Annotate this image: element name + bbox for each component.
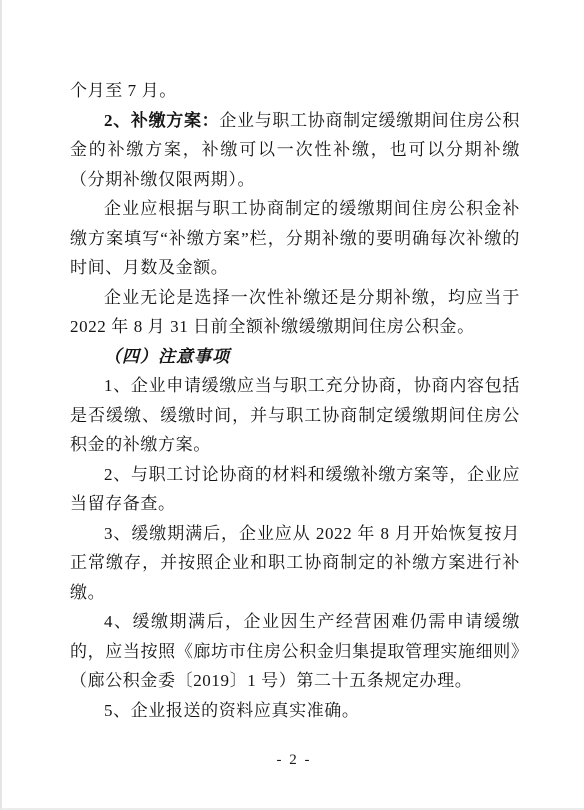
paragraph-plan-fill-instructions: 企业应根据与职工协商制定的缓缴期间住房公积金补缴方案填写“补缴方案”栏，分期补缴…	[70, 194, 520, 283]
note-item-3: 3、缓缴期满后，企业应从 2022 年 8 月开始恢复按月正常缴存，并按照企业和…	[70, 519, 520, 608]
section-heading-notes: （四）注意事项	[70, 342, 520, 372]
paragraph-continuation: 个月至 7 月。	[70, 76, 520, 106]
paragraph-repayment-plan: 2、补缴方案：企业与职工协商制定缓缴期间住房公积金的补缴方案，补缴可以一次性补缴…	[70, 106, 520, 195]
note-item-5: 5、企业报送的资料应真实准确。	[70, 696, 520, 726]
paragraph-bold-lead: 2、补缴方案：	[104, 111, 219, 130]
page-number: - 2 -	[2, 752, 584, 769]
document-page: 个月至 7 月。 2、补缴方案：企业与职工协商制定缓缴期间住房公积金的补缴方案，…	[0, 0, 584, 810]
document-body: 个月至 7 月。 2、补缴方案：企业与职工协商制定缓缴期间住房公积金的补缴方案，…	[70, 76, 520, 725]
note-item-1: 1、企业申请缓缴应当与职工充分协商，协商内容包括是否缓缴、缓缴时间，并与职工协商…	[70, 371, 520, 460]
note-item-4: 4、缓缴期满后，企业因生产经营困难仍需申请缓缴的，应当按照《廊坊市住房公积金归集…	[70, 607, 520, 696]
note-item-2: 2、与职工讨论协商的材料和缓缴补缴方案等，企业应当留存备查。	[70, 460, 520, 519]
paragraph-deadline: 企业无论是选择一次性补缴还是分期补缴，均应当于 2022 年 8 月 31 日前…	[70, 283, 520, 342]
